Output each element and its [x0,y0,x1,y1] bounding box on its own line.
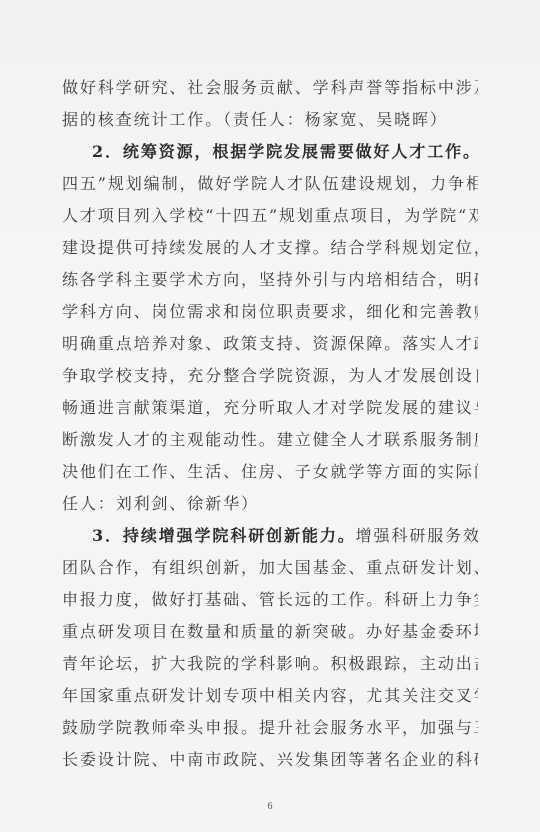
text-line: 青年论坛，扩大我院的学科影响。积极跟踪，主动出击，瞄准2020 [62,648,478,680]
text-line: 断激发人才的主观能动性。建立健全人才联系服务制度，及时解 [62,424,478,456]
text-line: 团队合作，有组织创新，加大国基金、重点研发计划、人才项目 [62,552,478,584]
section-heading: 2．统筹资源，根据学院发展需要做好人才工作。 [92,142,478,161]
text-line: 人才项目列入学校“十四五”规划重点项目，为学院“双一流” [62,200,478,232]
text-line: 做好科学研究、社会服务贡献、学科声誉等指标中涉及科研类数 [62,72,478,104]
text-line: 年国家重点研发计划专项中相关内容，尤其关注交叉学科领域， [62,680,478,712]
page-number: 6 [0,801,540,812]
text-line: 明确重点培养对象、政策支持、资源保障。落实人才政策，积极 [62,328,478,360]
text-line: 申报力度，做好打基础、管长远的工作。科研上力争实现基金、 [62,584,478,616]
section-heading-line: 2．统筹资源，根据学院发展需要做好人才工作。结合“十 [92,136,478,168]
text-line: 长委设计院、中南市政院、兴发集团等著名企业的科研合作，加 [62,744,478,776]
section-heading: 3．持续增强学院科研创新能力。 [92,526,356,545]
text-line: 建设提供可持续发展的人才支撑。结合学科规划定位，进一步凝 [62,232,478,264]
text-line: 学科方向、岗位需求和岗位职责要求，细化和完善教师引进标准； [62,296,478,328]
text-line: 鼓励学院教师牵头申报。提升社会服务水平，加强与三峡集团、 [62,712,478,744]
text-line: 决他们在工作、生活、住房、子女就学等方面的实际问题。（责 [62,456,478,488]
text-line: 畅通进言献策渠道，充分听取人才对学院发展的建议与意见，不 [62,392,478,424]
text-line: 练各学科主要学术方向，坚持外引与内培相结合，明确引进教师 [62,264,478,296]
section-heading-line: 3．持续增强学院科研创新能力。增强科研服务效能，鼓励 [92,520,478,552]
document-page: 做好科学研究、社会服务贡献、学科声誉等指标中涉及科研类数 据的核查统计工作。（责… [0,0,540,832]
text-line: 据的核查统计工作。（责任人：杨家宽、吴晓晖） [62,104,478,136]
text-line: 任人：刘利剑、徐新华） [62,488,478,520]
text-line: 争取学校支持，充分整合学院资源，为人才发展创设良好的环境。 [62,360,478,392]
text-line: 四五”规划编制，做好学院人才队伍建设规划，力争相关团队、 [62,168,478,200]
text-line: 重点研发项目在数量和质量的新突破。办好基金委环境工程学科 [62,616,478,648]
